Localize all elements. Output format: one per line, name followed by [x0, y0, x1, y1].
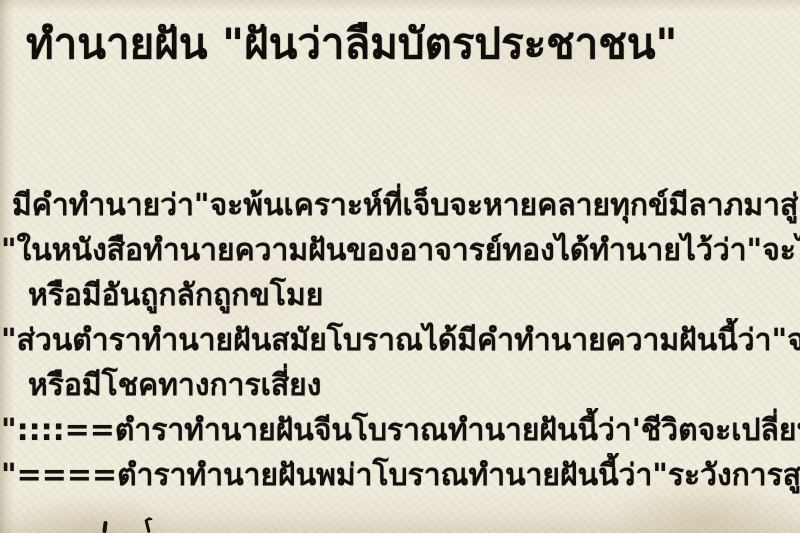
- body-line: "====ตำราทำนายฝันพม่าโบราณทำนายฝันนี้ว่า…: [0, 453, 800, 498]
- cutoff-tone-mark-icon: [144, 519, 150, 533]
- aged-paper-page: ทำนายฝัน "ฝันว่าลืมบัตรประชาชน" มีคำทำนา…: [0, 0, 800, 533]
- body-line: มีคำทำนายว่า"จะพ้นเคราะห์ที่เจ็บจะหายคลา…: [0, 183, 800, 228]
- dream-interpretation-text: มีคำทำนายว่า"จะพ้นเคราะห์ที่เจ็บจะหายคลา…: [0, 183, 800, 498]
- body-line: หรือมีอันถูกลักถูกขโมย: [0, 273, 800, 318]
- page-title: ทำนายฝัน "ฝันว่าลืมบัตรประชาชน": [26, 14, 677, 74]
- body-line: "::::==ตำราทำนายฝันจีนโบราณทำนายฝันนี้ว่…: [0, 408, 800, 453]
- body-line: "ส่วนตำราทำนายฝันสมัยโบราณได้มีคำทำนายคว…: [0, 318, 800, 363]
- body-line: "ในหนังสือทำนายความฝันของอาจารย์ทองได้ทำ…: [0, 228, 800, 273]
- body-line: หรือมีโชคทางการเสี่ยง: [0, 363, 800, 408]
- cutoff-tone-mark-icon: [102, 521, 107, 533]
